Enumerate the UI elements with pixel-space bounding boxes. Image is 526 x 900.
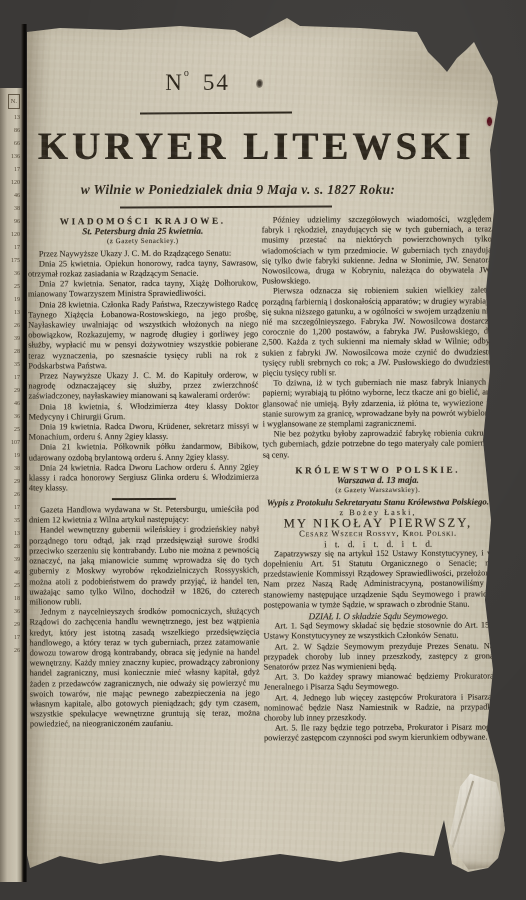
margin-number: 29 <box>14 619 20 632</box>
margin-number: 13 <box>14 528 20 541</box>
margin-number: 46 <box>14 398 20 411</box>
margin-number: 28 <box>14 541 20 554</box>
margin-number: 17 <box>14 502 20 515</box>
margin-number: 39 <box>14 554 20 567</box>
newspaper-page: No54 KURYER LITEWSKI w Wilnie w Poniedzi… <box>26 16 512 886</box>
article-paragraph: Art. 3. Do każdey sprawy mianować będzie… <box>264 672 494 693</box>
margin-number: 38 <box>14 203 20 216</box>
protocol-extract-title: Wypis z Protokułu Sekretaryatu Stanu Kró… <box>263 497 493 509</box>
newspaper-title: KURYER LITEWSKI <box>26 124 512 169</box>
section-heading-domestic-news: WIADOMOŚCI KRAJOWE. <box>28 216 258 227</box>
margin-number: 25 <box>14 580 20 593</box>
margin-number: 19 <box>14 294 20 307</box>
binding-shadow <box>21 24 27 882</box>
right-column: Późniey udzielimy szczegółowych wiadomoś… <box>262 215 495 822</box>
margin-number: 25 <box>14 281 20 294</box>
paragraph: Jednym z naycelnieyszych środków pomocni… <box>29 607 260 730</box>
article-paragraph: Art. 4. Jednego lub więcey zastępców Pro… <box>264 692 494 724</box>
margin-number: 46 <box>14 190 20 203</box>
ink-stain <box>487 117 492 126</box>
margin-number: 46 <box>14 567 20 580</box>
article-paragraph: Art. 5. Ile razy będzie tego potrzeba, P… <box>264 723 494 744</box>
margin-number: 39 <box>14 333 20 346</box>
monarch-name-line: MY NIKOŁAY PIERWSZY, <box>263 518 493 529</box>
masthead-rule-bottom <box>120 205 332 208</box>
issue-letter: N <box>165 70 184 95</box>
issue-superscript: o <box>184 68 189 79</box>
paragraph: Późniey udzielimy szczegółowych wiadomoś… <box>262 215 492 287</box>
margin-number: 13 <box>14 112 20 125</box>
scanned-newspaper-view: { "colors":{"board":"#3b3937","paper":"#… <box>0 0 526 900</box>
masthead-rule-top <box>140 111 292 114</box>
margin-number: 107 <box>11 437 20 450</box>
margin-number: 19 <box>14 450 20 463</box>
margin-number: 66 <box>14 138 20 151</box>
paragraph: Dnia 28 kwietnia. Członka Rady Państwa, … <box>28 299 258 371</box>
adjacent-page-numbers: 1386661361712046389612017175362519132639… <box>11 112 20 658</box>
margin-number: 17 <box>14 164 20 177</box>
margin-number: 17 <box>14 242 20 255</box>
paragraph: Dnia 21 kwietnia. Półkownik półku żandar… <box>29 442 259 463</box>
margin-number: 26 <box>14 489 20 502</box>
margin-number: 25 <box>14 424 20 437</box>
paragraph: Przez Naywyższe Ukazy J. C. M. do Rządzą… <box>28 248 258 259</box>
decree-paragraph: Zapatrzywszy się na artykuł 152 Ustawy K… <box>263 548 493 610</box>
section-divider-rule <box>112 498 176 500</box>
warsaw-gazette-source: (z Gazety Warszawskiey). <box>263 485 493 496</box>
paragraph: To dziwna, iż w tych guberniach nie masz… <box>262 378 492 430</box>
margin-number: 38 <box>14 463 20 476</box>
ink-smudge-mark <box>256 79 263 88</box>
section-heading-kingdom-of-poland: KRÓLEWSTWO POLSKIE. <box>263 464 493 475</box>
issue-number-line: No54 <box>114 68 314 96</box>
margin-number: 96 <box>14 216 20 229</box>
margin-number: 17 <box>14 632 20 645</box>
paragraph: Dnia 25 kwietnia. Opiekun honorowy, radc… <box>28 258 258 279</box>
paragraph: Dnia 18 kwietnia, ś. Włodzimierza 4tey k… <box>28 401 258 422</box>
margin-number: 29 <box>14 385 20 398</box>
margin-number: 120 <box>11 229 20 242</box>
article-paragraph: Art. 1. Sąd Seymowy składać się będzie s… <box>263 621 493 642</box>
margin-number: 36 <box>14 411 20 424</box>
margin-number: 120 <box>11 177 20 190</box>
article-paragraph: Art. 2. W Sądzie Seymowym prezyduje Prez… <box>264 641 494 673</box>
adjacent-page-column-header: N. <box>8 94 20 109</box>
margin-number: 36 <box>14 606 20 619</box>
margin-number: 18 <box>14 593 20 606</box>
paragraph: Dnia 27 kwietnia. Senator, radca tayny, … <box>28 279 258 300</box>
paragraph: Dnia 24 kwietnia. Radca Dworu Lachow ord… <box>29 462 259 494</box>
paragraph: Dnia 19 kwietnia. Radca Dworu, Krüdener,… <box>29 422 259 443</box>
margin-number: 26 <box>14 320 20 333</box>
issue-number: 54 <box>203 70 230 95</box>
margin-number: 35 <box>14 515 20 528</box>
margin-number: 17 <box>14 372 20 385</box>
paragraph: Nie bez pożytku byłoby zaprowadzić fabry… <box>263 429 493 461</box>
senate-gazette-source: (z Gazety Senackiey.) <box>28 236 258 247</box>
margin-number: 29 <box>14 476 20 489</box>
paragraph: Pierwsza odznacza się robieniem sukien w… <box>262 286 492 379</box>
paragraph: Gazeta Handlowa wydawana w St. Petersbur… <box>29 505 259 526</box>
margin-number: 136 <box>11 151 20 164</box>
margin-number: 26 <box>14 645 20 658</box>
margin-number: 35 <box>14 359 20 372</box>
margin-number: 28 <box>14 346 20 359</box>
paragraph: Przez Naywyższe Ukazy J. C. M. do Kapitu… <box>28 371 258 403</box>
margin-number: 175 <box>11 255 20 268</box>
paragraph: Handel wewnętrzny gubernii wileńskiey i … <box>29 525 259 608</box>
left-column: WIADOMOŚCI KRAJOWE. St. Petersburg dnia … <box>28 215 261 822</box>
masthead-dateline: w Wilnie w Poniedzialek dnia 9 Maja v. s… <box>26 182 512 198</box>
margin-number: 13 <box>14 307 20 320</box>
margin-number: 86 <box>14 125 20 138</box>
margin-number: 36 <box>14 268 20 281</box>
